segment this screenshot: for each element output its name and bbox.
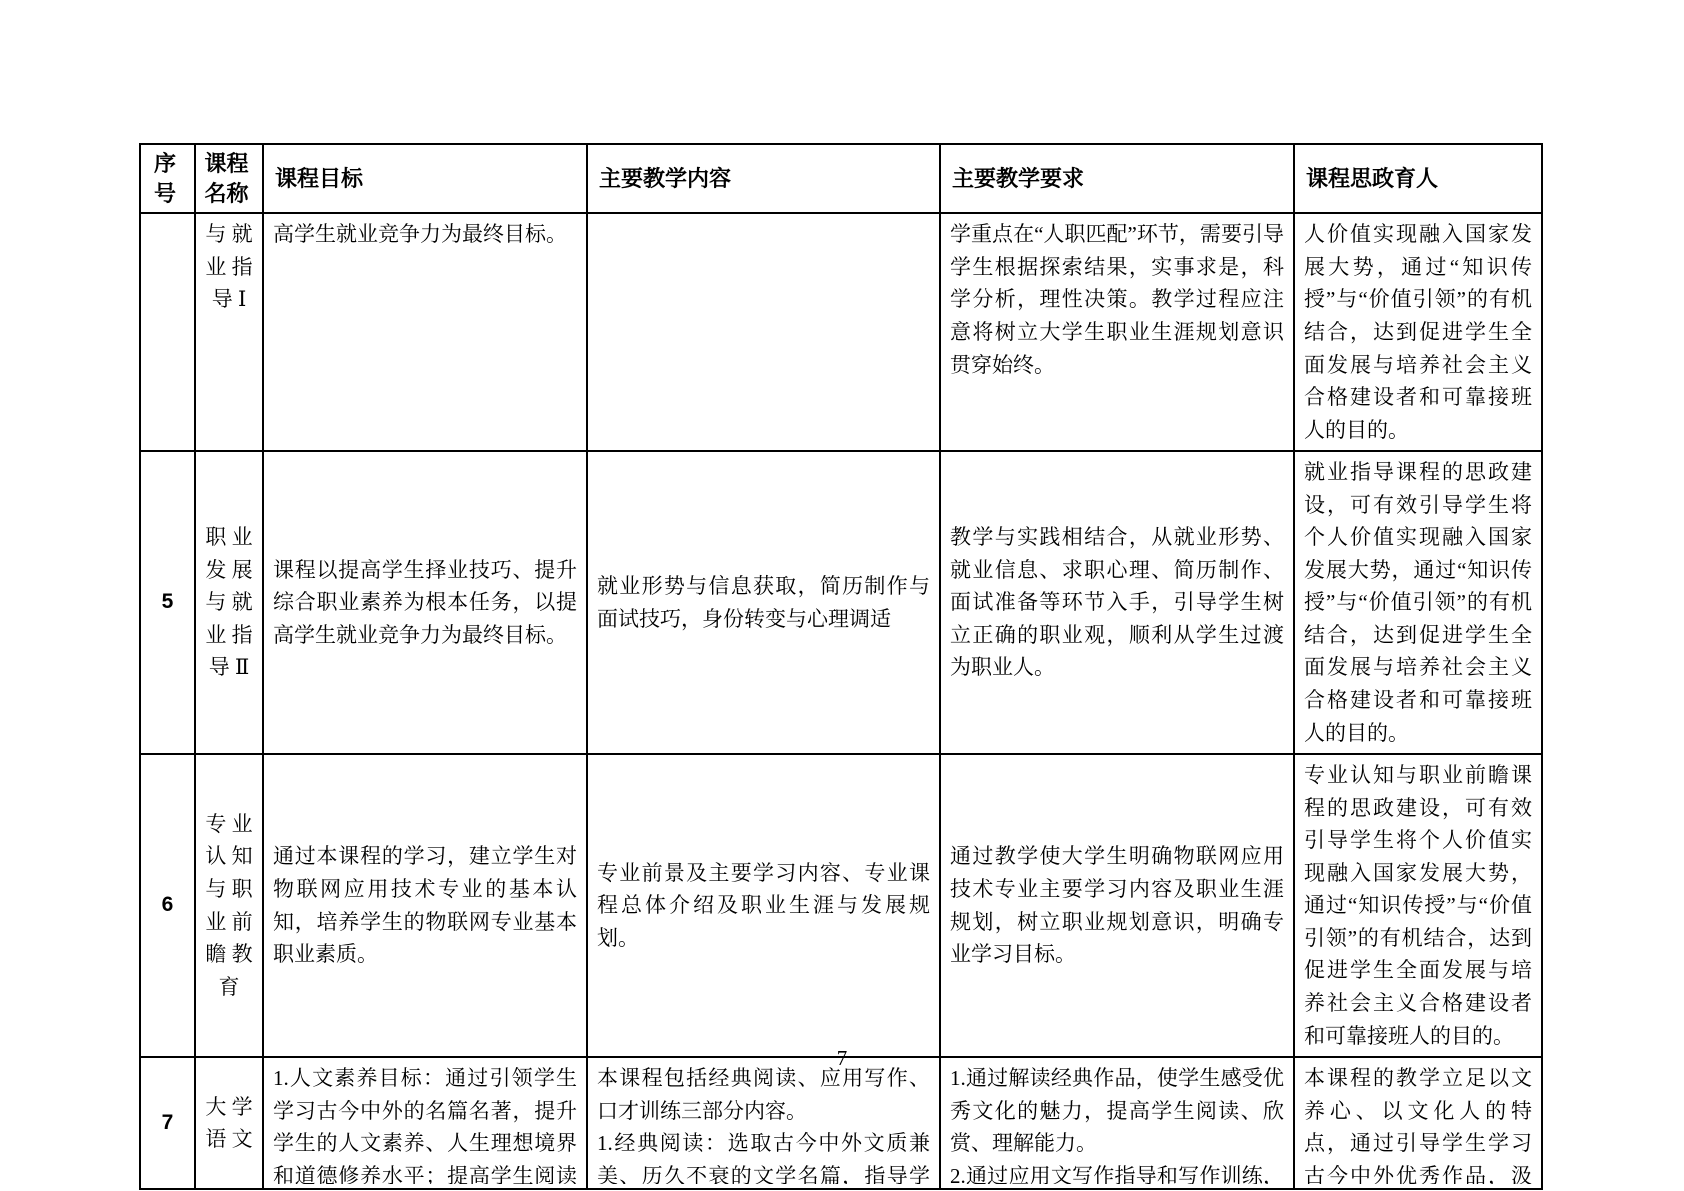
- cell-course-name: 专 业 认 知 与 职 业 前 瞻 教 育: [195, 754, 263, 1057]
- page-number: 7: [0, 1046, 1684, 1071]
- cell-course-goal: 1.人文素养目标：通过引领学生学习古今中外的名篇名著，提升学生的人文素养、人生理…: [263, 1057, 587, 1189]
- table-row: 6 专 业 认 知 与 职 业 前 瞻 教 育 通过本课程的学习，建立学生对物联…: [140, 754, 1542, 1057]
- cell-ideological-education: 本课程的教学立足以文养心、以文化人的特点，通过引导学生学习古今中外优秀作品，汲取…: [1294, 1057, 1542, 1189]
- header-course-goal: 课程目标: [263, 144, 587, 213]
- cell-course-goal: 课程以提高学生择业技巧、提升综合职业素养为根本任务，以提高学生就业竞争力为最终目…: [263, 451, 587, 754]
- cell-course-name: 大 学 语 文: [195, 1057, 263, 1189]
- cell-teaching-requirements: 1.通过解读经典作品，使学生感受优秀文化的魅力，提高学生阅读、欣赏、理解能力。 …: [940, 1057, 1294, 1189]
- header-teaching-content: 主要教学内容: [587, 144, 940, 213]
- cell-course-name: 职 业 发 展 与 就 业 指 导 Ⅱ: [195, 451, 263, 754]
- cell-ideological-education: 就业指导课程的思政建设，可有效引导学生将个人价值实现融入国家发展大势，通过“知识…: [1294, 451, 1542, 754]
- header-teaching-requirements: 主要教学要求: [940, 144, 1294, 213]
- cell-teaching-content: 本课程包括经典阅读、应用写作、口才训练三部分内容。 1.经典阅读：选取古今中外文…: [587, 1057, 940, 1189]
- cell-teaching-content: 就业形势与信息获取，简历制作与面试技巧，身份转变与心理调适: [587, 451, 940, 754]
- course-syllabus-table: 序 号 课程 名称 课程目标 主要教学内容 主要教学要求 课程思政育人 与 就 …: [139, 143, 1543, 1190]
- table-row: 5 职 业 发 展 与 就 业 指 导 Ⅱ 课程以提高学生择业技巧、提升综合职业…: [140, 451, 1542, 754]
- header-course-name: 课程 名称: [195, 144, 263, 213]
- cell-teaching-requirements: 学重点在“人职匹配”环节，需要引导学生根据探索结果，实事求是，科学分析，理性决策…: [940, 213, 1294, 451]
- header-serial-number: 序 号: [140, 144, 195, 213]
- cell-teaching-content: [587, 213, 940, 451]
- cell-ideological-education: 人价值实现融入国家发展大势，通过“知识传授”与“价值引领”的有机结合，达到促进学…: [1294, 213, 1542, 451]
- cell-teaching-content: 专业前景及主要学习内容、专业课程总体介绍及职业生涯与发展规划。: [587, 754, 940, 1057]
- cell-teaching-requirements: 通过教学使大学生明确物联网应用技术专业主要学习内容及职业生涯规划，树立职业规划意…: [940, 754, 1294, 1057]
- cell-ideological-education: 专业认知与职业前瞻课程的思政建设，可有效引导学生将个人价值实现融入国家发展大势，…: [1294, 754, 1542, 1057]
- table-row: 7 大 学 语 文 1.人文素养目标：通过引领学生学习古今中外的名篇名著，提升学…: [140, 1057, 1542, 1189]
- header-row: 序 号 课程 名称 课程目标 主要教学内容 主要教学要求 课程思政育人: [140, 144, 1542, 213]
- cell-serial-number: 7: [140, 1057, 195, 1189]
- cell-serial-number: 5: [140, 451, 195, 754]
- cell-course-name: 与 就 业 指 导 Ⅰ: [195, 213, 263, 451]
- cell-course-goal: 高学生就业竞争力为最终目标。: [263, 213, 587, 451]
- header-ideological-education: 课程思政育人: [1294, 144, 1542, 213]
- cell-teaching-requirements: 教学与实践相结合，从就业形势、就业信息、求职心理、简历制作、面试准备等环节入手，…: [940, 451, 1294, 754]
- cell-serial-number: 6: [140, 754, 195, 1057]
- document-page: 序 号 课程 名称 课程目标 主要教学内容 主要教学要求 课程思政育人 与 就 …: [0, 0, 1684, 1191]
- cell-course-goal: 通过本课程的学习，建立学生对物联网应用技术专业的基本认知，培养学生的物联网专业基…: [263, 754, 587, 1057]
- table-row: 与 就 业 指 导 Ⅰ 高学生就业竞争力为最终目标。 学重点在“人职匹配”环节，…: [140, 213, 1542, 451]
- cell-serial-number: [140, 213, 195, 451]
